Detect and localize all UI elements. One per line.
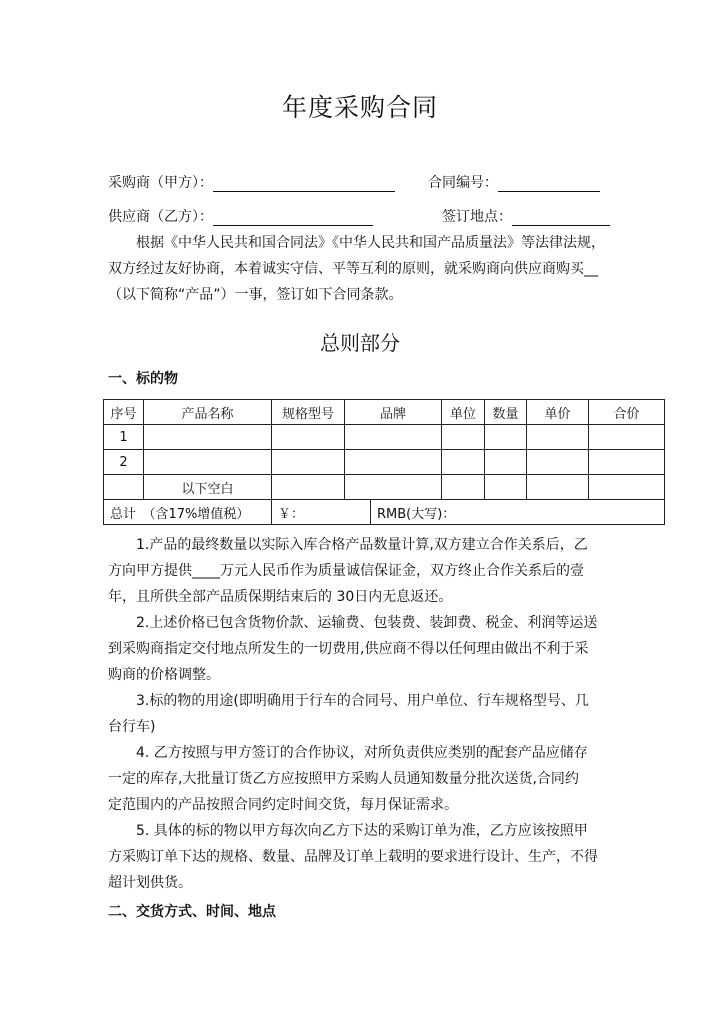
table-row: 以下空白 (104, 475, 665, 500)
table-cell[interactable] (272, 425, 345, 450)
clause-1-line: 1.产品的最终数量以实际入库合格产品数量计算,双方建立合作关系后，乙 (108, 532, 668, 558)
preamble-line: （以下简称“产品”）一事，签订如下合同条款。 (108, 282, 668, 308)
sign-place-field: 签订地点： (442, 206, 610, 226)
preamble-line: 双方经过友好协商，本着诚实守信、平等互利的原则，就采购商向供应商购买__ (108, 256, 668, 282)
section-title: 总则部分 (0, 327, 720, 356)
table-header-row: 序号 产品名称 规格型号 品牌 单位 数量 单价 合价 (104, 400, 665, 425)
clause-1-line: 年，且所供全部产品质保期结束后的 30日内无息返还。 (108, 584, 668, 610)
table-cell[interactable] (485, 425, 527, 450)
table-row: 2 (104, 450, 665, 475)
table-cell[interactable] (144, 450, 272, 475)
preamble-line: 根据《中华人民共和国合同法》《中华人民共和国产品质量法》等法律法规， (108, 230, 668, 256)
clause-5-line: 5. 具体的标的物以甲方每次向乙方下达的采购订单为准，乙方应该按照甲 (108, 818, 668, 844)
clause-2-line: 到采购商指定交付地点所发生的一切费用,供应商不得以任何理由做出不利于采 (108, 636, 668, 662)
clauses: 1.产品的最终数量以实际入库合格产品数量计算,双方建立合作关系后，乙 方向甲方提… (108, 532, 668, 896)
total-rmb[interactable]: RMB(大写)： (371, 500, 665, 525)
table-cell (104, 475, 144, 500)
table-cell (345, 475, 442, 500)
clause-2-line: 购商的价格调整。 (108, 662, 668, 688)
table-cell[interactable] (144, 425, 272, 450)
header-cell: 单价 (527, 400, 589, 425)
header-cell: 单位 (442, 400, 485, 425)
sign-place-blank[interactable] (512, 209, 610, 226)
header-cell: 数量 (485, 400, 527, 425)
table-cell[interactable] (589, 450, 665, 475)
table-total-row: 总计 （含17%增值税） ￥： RMB(大写)： (104, 500, 665, 525)
clause-5-line: 超计划供货。 (108, 870, 668, 896)
table-cell (589, 475, 665, 500)
header-cell: 产品名称 (144, 400, 272, 425)
clause-1-line: 方向甲方提供____万元人民币作为质量诚信保证金，双方终止合作关系后的壹 (108, 558, 668, 584)
table-cell[interactable] (527, 450, 589, 475)
header-cell: 规格型号 (272, 400, 345, 425)
total-yen[interactable]: ￥： (272, 500, 371, 525)
preamble: 根据《中华人民共和国合同法》《中华人民共和国产品质量法》等法律法规， 双方经过友… (108, 230, 668, 308)
table-cell[interactable] (442, 425, 485, 450)
table-cell[interactable] (589, 425, 665, 450)
table-cell[interactable] (527, 425, 589, 450)
buyer-field: 采购商（甲方）： (108, 172, 395, 192)
supplier-field: 供应商（乙方）： (108, 206, 373, 226)
clause-3-line: 台行车) (108, 714, 668, 740)
table-cell[interactable] (485, 450, 527, 475)
clause-3-line: 3.标的物的用途(即明确用于行车的合同号、用户单位、行车规格型号、几 (108, 688, 668, 714)
table-cell (527, 475, 589, 500)
contract-no-label: 合同编号： (428, 175, 498, 191)
header-cell: 序号 (104, 400, 144, 425)
heading-subject-matter: 一、标的物 (108, 368, 178, 388)
header-cell: 合价 (589, 400, 665, 425)
total-label: 总计 （含17%增值税） (104, 500, 272, 525)
clause-2-line: 2.上述价格已包含货物价款、运输费、包装费、装卸费、税金、利润等运送 (108, 610, 668, 636)
table-cell[interactable] (345, 425, 442, 450)
table-cell (272, 475, 345, 500)
table-cell[interactable] (442, 450, 485, 475)
table-cell: 2 (104, 450, 144, 475)
contract-no-blank[interactable] (498, 175, 600, 192)
items-table: 序号 产品名称 规格型号 品牌 单位 数量 单价 合价 1 2 (103, 399, 665, 525)
table-cell: 1 (104, 425, 144, 450)
supplier-label: 供应商（乙方）： (108, 209, 213, 225)
clause-4-line: 定范围内的产品按照合同约定时间交货，每月保证需求。 (108, 792, 668, 818)
buyer-label: 采购商（甲方）： (108, 175, 213, 191)
contract-no-field: 合同编号： (428, 172, 600, 192)
document-title: 年度采购合同 (0, 88, 720, 124)
contract-page: 年度采购合同 采购商（甲方）： 合同编号： 供应商（乙方）： 签订地点： 根据《… (0, 0, 720, 1017)
sign-place-label: 签订地点： (442, 209, 512, 225)
table-cell (485, 475, 527, 500)
heading-delivery: 二、交货方式、时间、地点 (108, 901, 276, 921)
header-cell: 品牌 (345, 400, 442, 425)
table-cell[interactable] (345, 450, 442, 475)
clause-5-line: 方采购订单下达的规格、数量、品牌及订单上载明的要求进行设计、生产，不得 (108, 844, 668, 870)
table-cell[interactable] (272, 450, 345, 475)
clause-4-line: 4. 乙方按照与甲方签订的合作协议，对所负责供应类别的配套产品应储存 (108, 740, 668, 766)
buyer-blank[interactable] (213, 175, 395, 192)
table-row: 1 (104, 425, 665, 450)
table-cell (442, 475, 485, 500)
supplier-blank[interactable] (213, 209, 373, 226)
table-cell: 以下空白 (144, 475, 272, 500)
clause-4-line: 一定的库存,大批量订货乙方应按照甲方采购人员通知数量分批次送货,合同约 (108, 766, 668, 792)
